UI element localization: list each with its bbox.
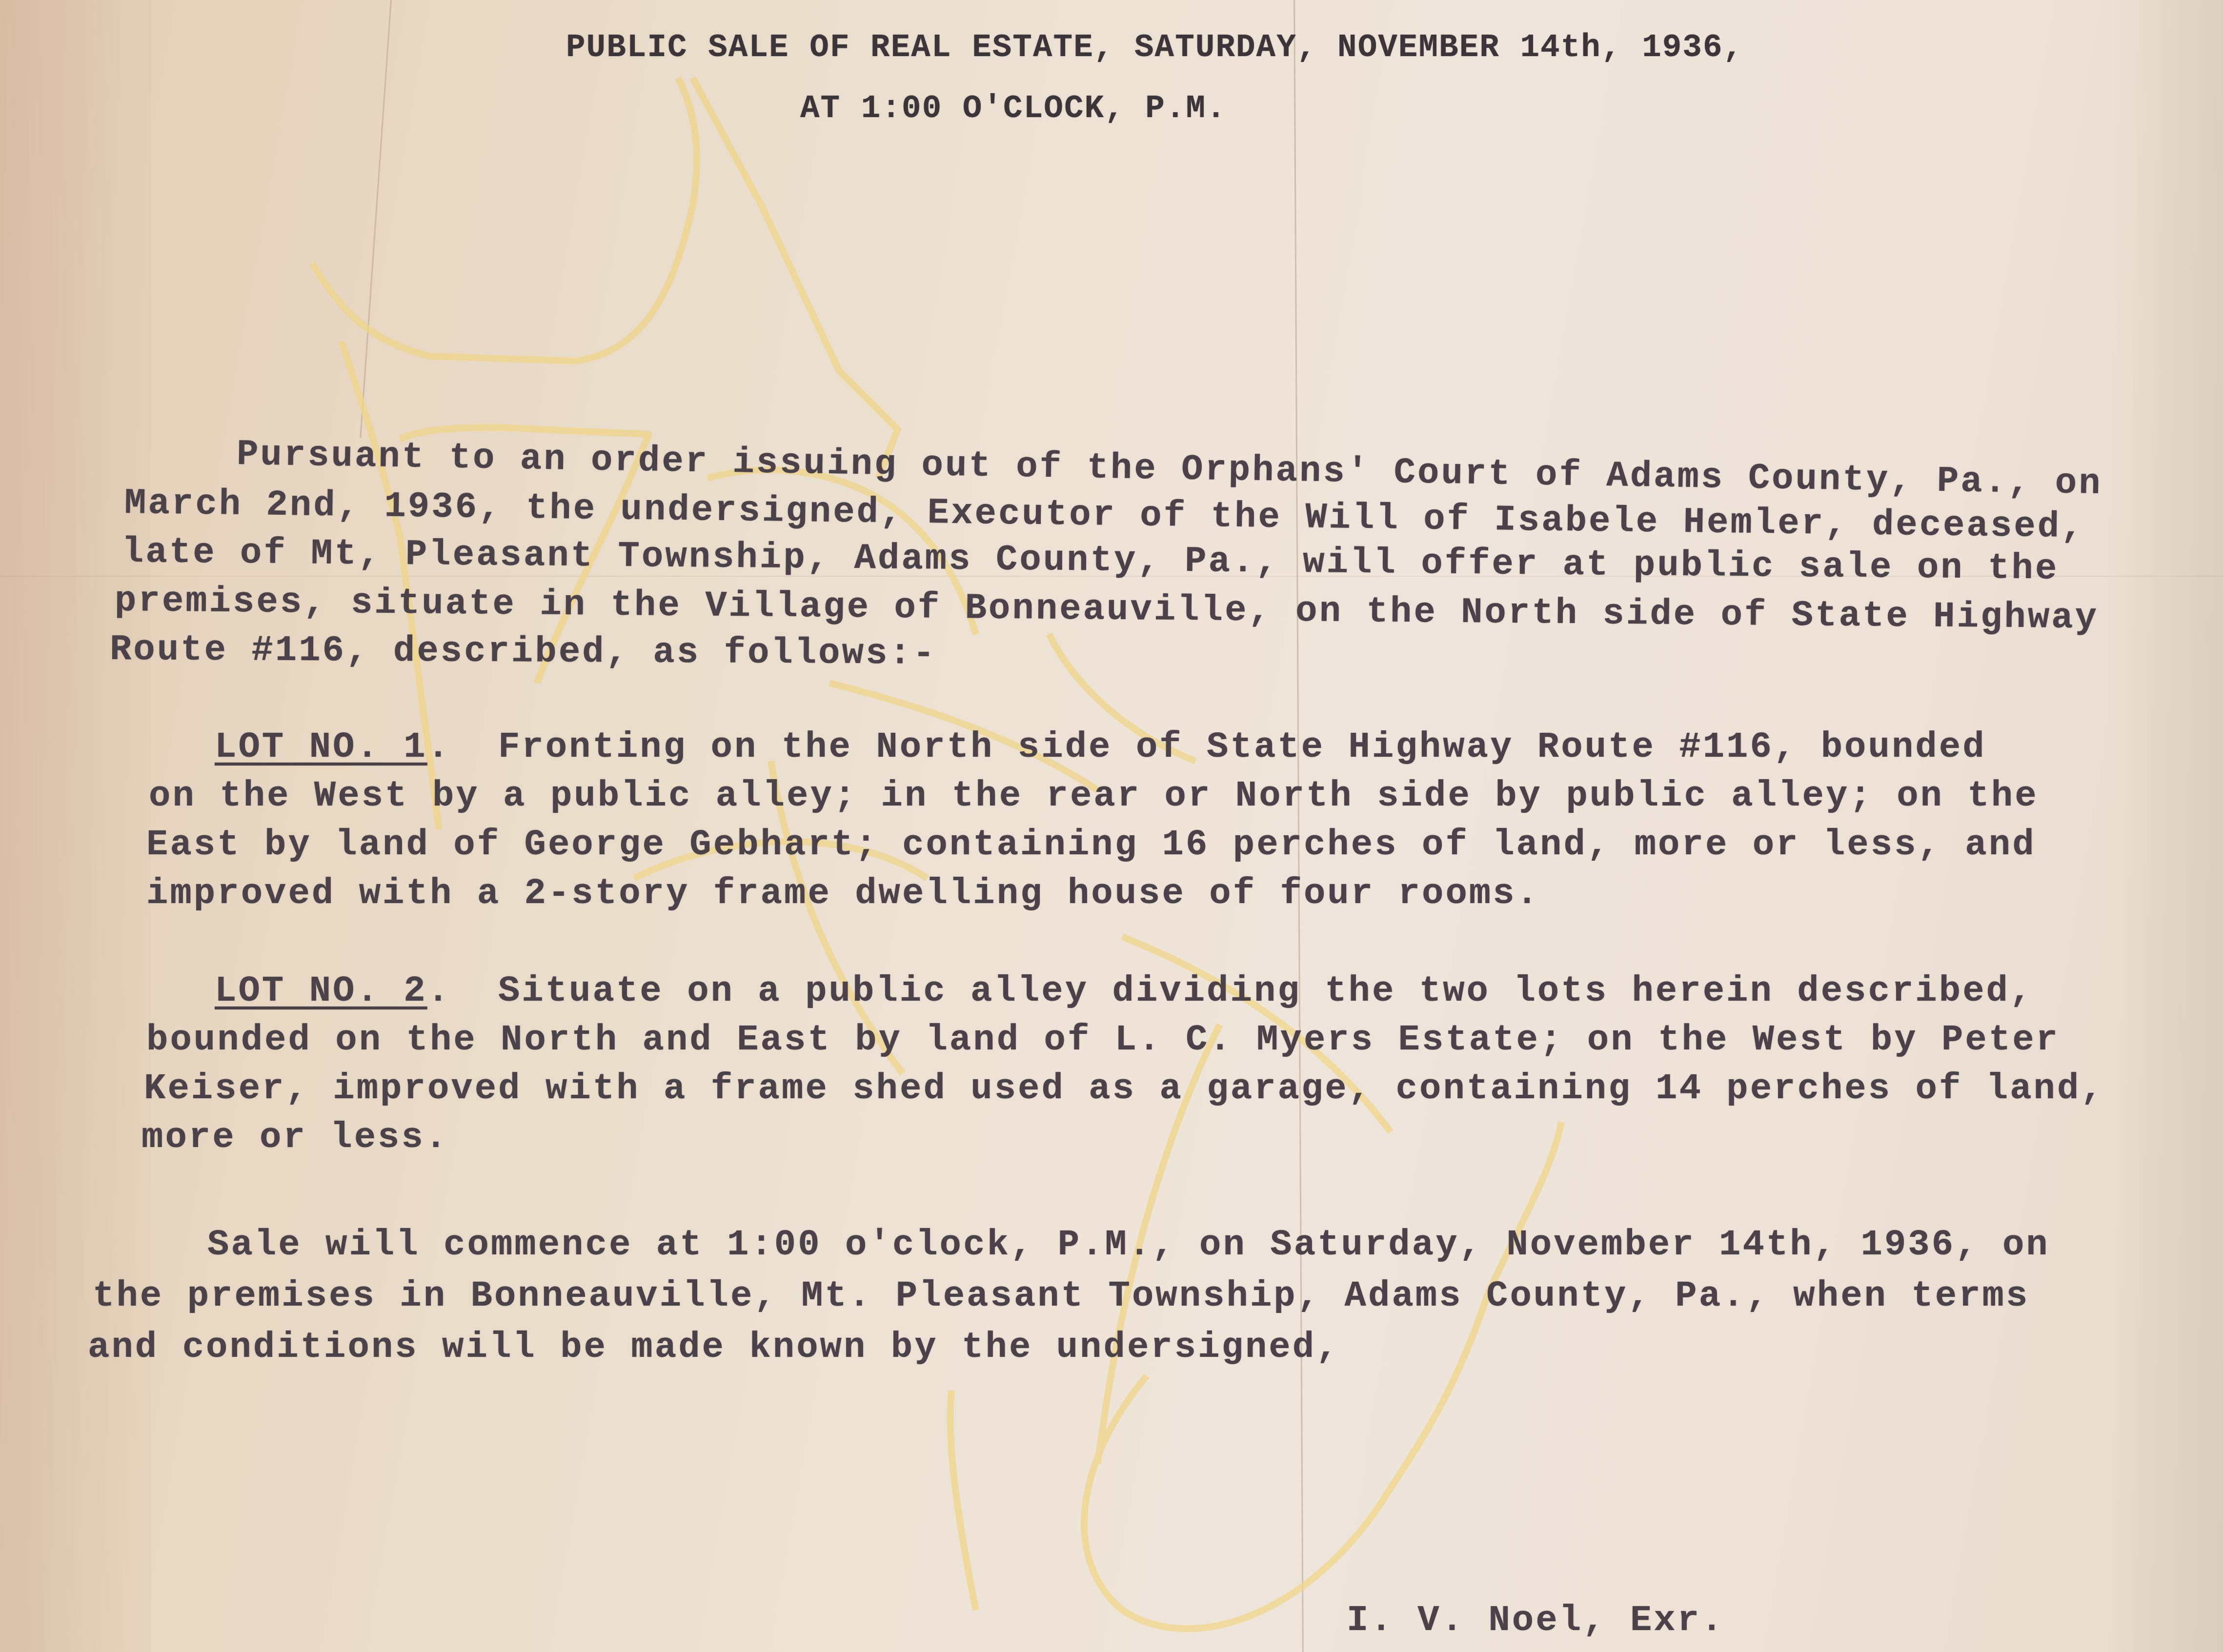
lot-2-line-2: bounded on the North and East by land of…: [146, 1020, 2060, 1061]
closing-line-1: Sale will commence at 1:00 o'clock, P.M.…: [207, 1225, 2050, 1266]
lot-1-line-2: on the West by a public alley; in the re…: [149, 776, 2039, 817]
lot-2-first-line: LOT NO. 2. Situate on a public alley div…: [215, 971, 2033, 1012]
lot-2-line-1: . Situate on a public alley dividing the…: [427, 971, 2034, 1012]
document-heading-line-1: PUBLIC SALE OF REAL ESTATE, SATURDAY, NO…: [566, 29, 1743, 66]
lot-2-line-3: Keiser, improved with a frame shed used …: [144, 1068, 2104, 1109]
paper-shadow-left: [0, 0, 151, 1652]
lot-1-label: LOT NO. 1: [215, 727, 427, 768]
lot-1-line-1: . Fronting on the North side of State Hi…: [427, 727, 1986, 768]
typed-document-page: PUBLIC SALE OF REAL ESTATE, SATURDAY, NO…: [0, 0, 2223, 1652]
lot-2-label: LOT NO. 2: [215, 971, 427, 1012]
closing-line-2: the premises in Bonneauville, Mt. Pleasa…: [93, 1276, 2029, 1317]
executor-signature: I. V. Noel, Exr.: [1347, 1600, 1725, 1641]
lot-1-line-3: East by land of George Gebhart; containi…: [146, 825, 2036, 866]
lot-2-line-4: more or less.: [141, 1117, 448, 1158]
paper-shadow-right: [2106, 0, 2223, 1652]
intro-line-5: Route #116, described, as follows:-: [110, 629, 937, 675]
document-heading-line-2: AT 1:00 O'CLOCK, P.M.: [800, 90, 1227, 127]
intro-line-4: premises, situate in the Village of Bonn…: [115, 581, 2099, 639]
lot-1-first-line: LOT NO. 1. Fronting on the North side of…: [215, 727, 1986, 768]
paper-crease: [360, 0, 392, 438]
closing-line-3: and conditions will be made known by the…: [88, 1327, 1340, 1368]
lot-1-line-4: improved with a 2-story frame dwelling h…: [146, 873, 1540, 914]
